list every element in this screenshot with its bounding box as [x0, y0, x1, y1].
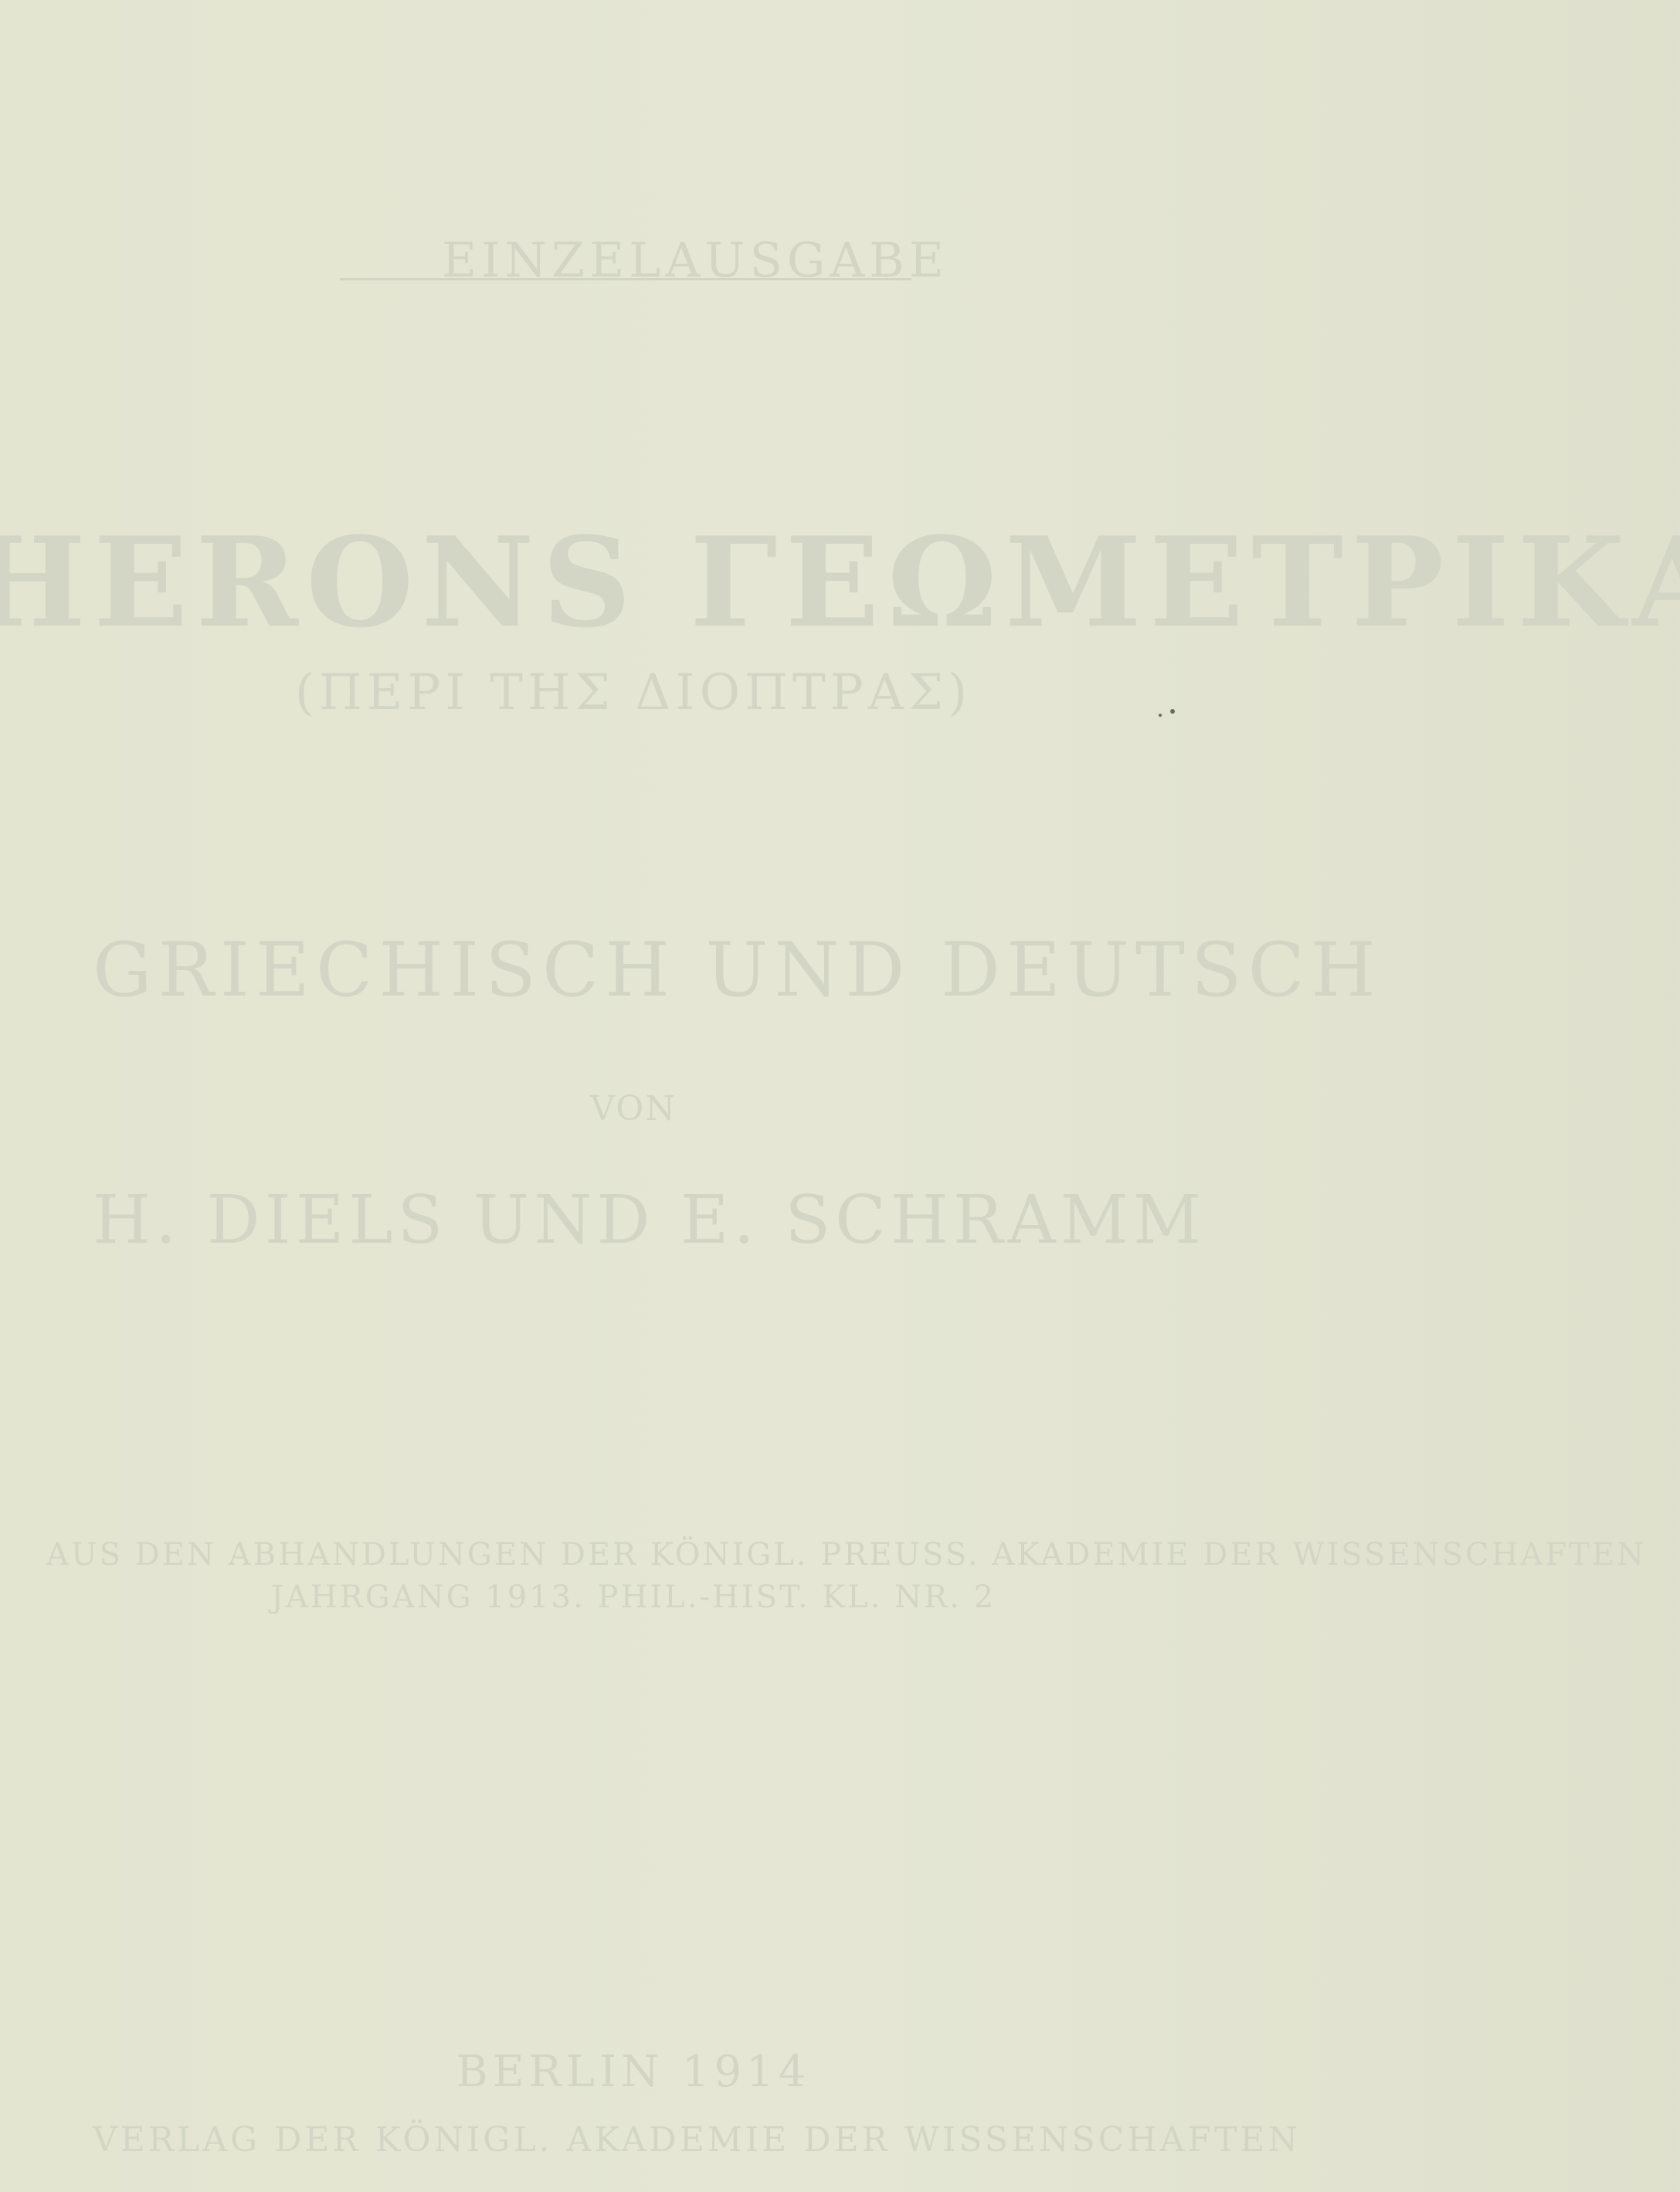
edition-underline	[340, 278, 911, 280]
ink-speck	[1170, 709, 1175, 714]
page-title: HERONS ΓΕΩΜΕΤΡΙΚΑ	[0, 510, 1406, 655]
source-line-2: JAHRGANG 1913. PHIL.-HIST. KL. NR. 2	[93, 1580, 1174, 1615]
by-label: VON	[93, 1089, 1174, 1128]
authors: H. DIELS UND E. SCHRAMM	[93, 1182, 1174, 1259]
page-subtitle: (ΠΕΡΙ ΤΗΣ ΔΙΟΠΤΡΑΣ)	[93, 664, 1174, 721]
place-year: BERLIN 1914	[93, 2047, 1174, 2097]
language-line: GRIECHISCH UND DEUTSCH	[93, 927, 1174, 1013]
ink-speck	[1159, 714, 1162, 717]
source-line-1: AUS DEN ABHANDLUNGEN DER KÖNIGL. PREUSS.…	[46, 1537, 1359, 1573]
publisher: VERLAG DER KÖNIGL. AKADEMIE DER WISSENSC…	[93, 2120, 1174, 2160]
scanned-title-page: EINZELAUSGABE HERONS ΓΕΩΜΕΤΡΙΚΑ (ΠΕΡΙ ΤΗ…	[0, 0, 1680, 2192]
